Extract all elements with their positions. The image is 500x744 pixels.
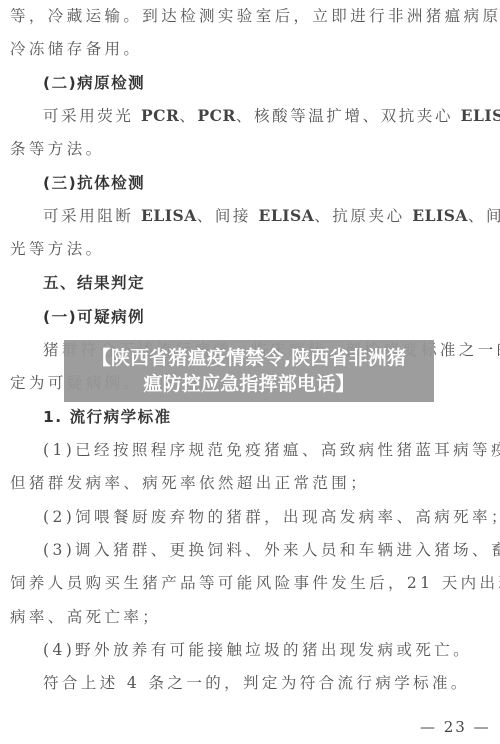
text-segment: 、间接免疫荧: [468, 207, 500, 225]
text-segment: 、抗原夹心: [314, 207, 412, 225]
section-heading-result-determination: 五、结果判定: [43, 273, 145, 293]
section-heading-pathogen-detection: (二)病原检测: [43, 73, 145, 93]
text-segment: 可采用阻断: [43, 207, 141, 225]
body-text-line: 符合上述 4 条之一的，判定为符合流行病学标准。: [43, 673, 470, 693]
page-number: — 23 —: [420, 718, 491, 736]
body-text-line: (1)已经按照程序规范免疫猪瘟、高致病性猪蓝耳病等疫苗，: [43, 440, 500, 460]
text-segment-elisa: ELISA: [412, 206, 468, 225]
text-segment-elisa: ELISA: [259, 206, 315, 225]
text-segment: 可采用荧光: [43, 107, 141, 125]
body-text-line-antibody-methods: 可采用阻断 ELISA、间接 ELISA、抗原夹心 ELISA、间接免疫荧: [43, 206, 500, 226]
text-segment-elisa: ELISA: [141, 206, 197, 225]
text-segment-elisa: ELISA: [461, 106, 500, 125]
body-text-line: 冷冻储存备用。: [10, 39, 142, 59]
body-text-line: 等，冷藏运输。到达检测实验室后，立即进行非洲猪瘟病原检测或: [10, 6, 500, 26]
overlay-title-line-2: 瘟防控应急指挥部电话】: [143, 371, 354, 397]
text-segment: 、间接: [197, 207, 259, 225]
text-segment-pcr: PCR: [141, 106, 179, 125]
body-text-line: 病率、高死亡率；: [10, 607, 161, 627]
body-text-line: 光等方法。: [10, 239, 105, 259]
body-text-line: (4)野外放养有可能接触垃圾的猪出现发病或死亡。: [43, 640, 472, 660]
body-text-line: 饲养人员购买生猪产品等可能风险事件发生后，21 天内出现高发: [10, 573, 500, 593]
overlay-title-line-1: 【陕西省猪瘟疫情禁令,陕西省非洲猪: [92, 345, 407, 371]
body-text-line-pathogen-methods: 可采用荧光 PCR、PCR、核酸等温扩增、双抗夹心 ELISA、试纸: [43, 106, 500, 126]
section-heading-epidemiology-criteria: 1. 流行病学标准: [43, 407, 172, 427]
section-heading-suspected-case: (一)可疑病例: [43, 307, 145, 327]
text-segment-pcr: PCR: [198, 106, 236, 125]
text-segment: 、: [179, 107, 197, 125]
body-text-line: (2)饲喂餐厨废弃物的猪群，出现高发病率、高病死率；: [43, 507, 500, 527]
body-text-line: 条等方法。: [10, 139, 105, 159]
body-text-line: 但猪群发病率、病死率依然超出正常范围；: [10, 473, 369, 493]
title-overlay-banner: 【陕西省猪瘟疫情禁令,陕西省非洲猪 瘟防控应急指挥部电话】: [64, 340, 434, 402]
document-page: 等，冷藏运输。到达检测实验室后，立即进行非洲猪瘟病原检测或 冷冻储存备用。 (二…: [0, 0, 500, 744]
section-heading-antibody-detection: (三)抗体检测: [43, 173, 145, 193]
body-text-line: (3)调入猪群、更换饲料、外来人员和车辆进入猪场、畜主和: [43, 540, 500, 560]
text-segment: 、核酸等温扩增、双抗夹心: [236, 107, 461, 125]
